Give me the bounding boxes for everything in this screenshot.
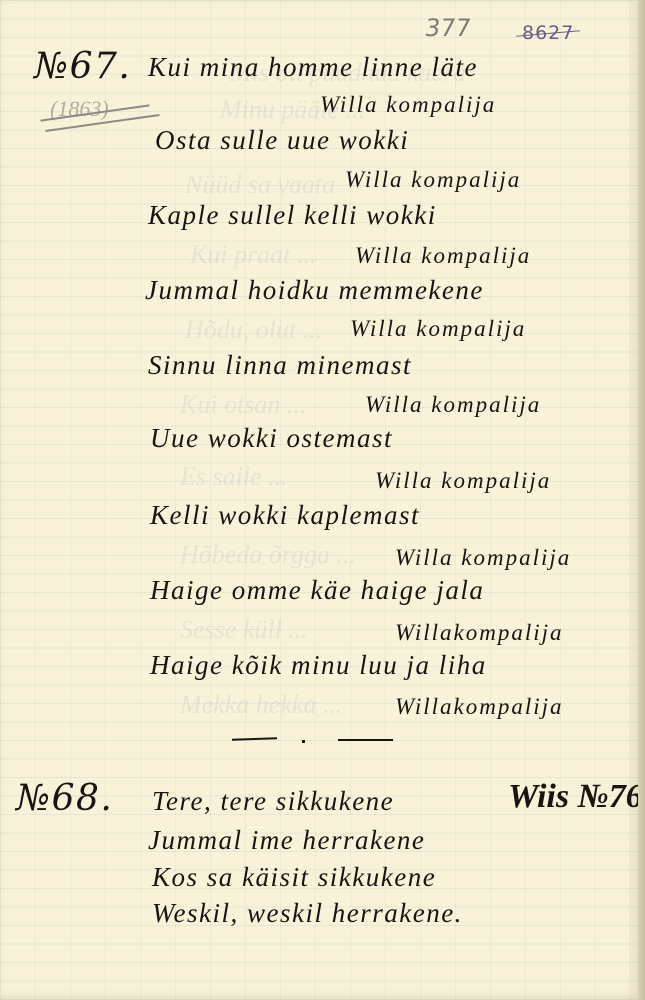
refrain-line: Willakompalija	[395, 694, 564, 720]
verse-line: Jummal ime herrakene	[148, 825, 425, 856]
verse-line: Kelli wokki kaplemast	[150, 500, 420, 531]
verse-line: Kos sa käisit sikkukene	[152, 862, 436, 893]
bleed-through-line: Kui otsan ...	[180, 390, 306, 420]
bleed-through-line: Es saile ...	[180, 462, 288, 492]
refrain-line: Willa kompalija	[350, 316, 526, 342]
verse-line: Haige omme käe haige jala	[150, 575, 484, 606]
refrain-line: Willa kompalija	[355, 243, 531, 269]
bleed-through-line: Hõdu, olut ...	[185, 315, 322, 345]
bleed-through-line: Hõbeda õrgga ...	[180, 540, 356, 570]
paper-edge	[638, 0, 645, 1000]
melody-reference-note: Wiis №76.	[508, 778, 645, 816]
verse-line: Weskil, weskil herrakene.	[152, 898, 463, 929]
song-number: №68.	[16, 778, 113, 819]
refrain-line: Willa kompalija	[365, 392, 541, 418]
refrain-line: Willa kompalija	[395, 545, 571, 571]
verse-line: Haige kõik minu luu ja liha	[150, 650, 487, 681]
verse-line: Tere, tere sikkukene	[152, 786, 394, 817]
manuscript-page: Mis oli püüdnud kaera Minu pääle ... Nüü…	[0, 0, 638, 1000]
separator-dash	[338, 739, 393, 741]
refrain-line: Willa kompalija	[345, 167, 521, 193]
refrain-line: Willakompalija	[395, 620, 564, 646]
bleed-through-line: Mekka hekka ...	[180, 690, 342, 720]
verse-line: Osta sulle uue wokki	[155, 125, 409, 156]
verse-line: Kaple sullel kelli wokki	[148, 200, 437, 231]
verse-line: Jummal hoidku memmekene	[145, 275, 484, 306]
bleed-through-line: Sesse küll ...	[180, 615, 308, 645]
refrain-line: Willa kompalija	[320, 92, 496, 118]
separator-dash	[232, 737, 277, 741]
bleed-through-line: Nüüd sa vaata	[185, 170, 335, 200]
song-number: №67.	[34, 46, 131, 87]
bleed-through-line: Kui praat ...	[190, 240, 316, 270]
archive-number-pencil: 377	[423, 14, 473, 42]
archive-number-stamp: 8627	[522, 22, 574, 44]
separator-dot	[302, 740, 305, 743]
verse-line: Sinnu linna minemast	[148, 350, 412, 381]
verse-line: Kui mina homme linne läte	[148, 52, 478, 83]
verse-line: Uue wokki ostemast	[150, 423, 393, 454]
refrain-line: Willa kompalija	[375, 468, 551, 494]
